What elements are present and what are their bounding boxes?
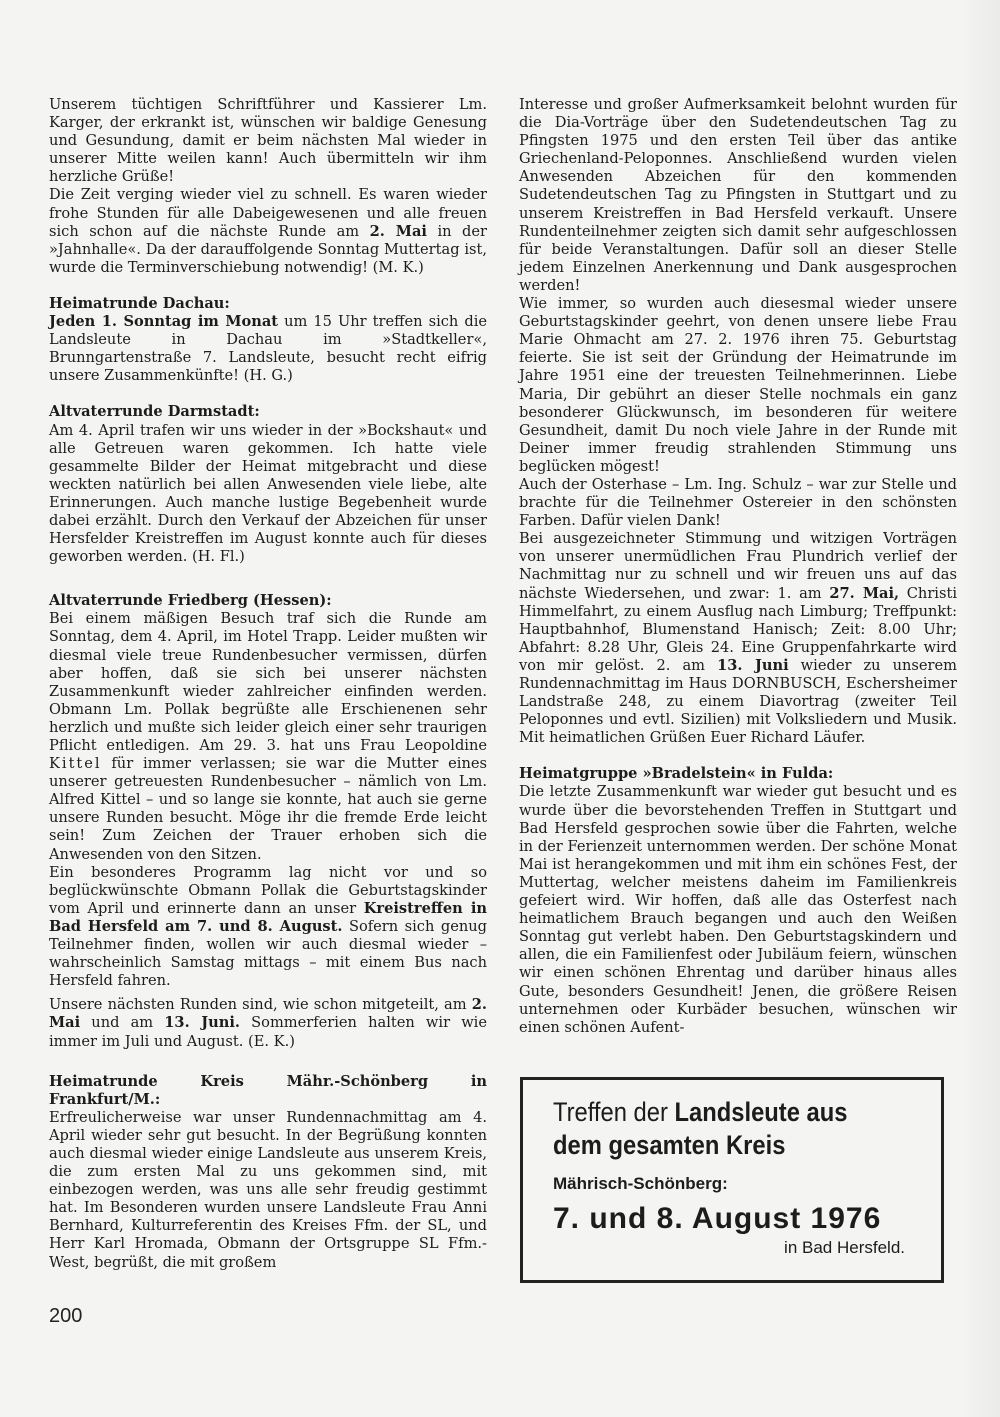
heading-frankfurt: Heimatrunde Kreis Mähr.-Schönberg in Fra…: [49, 1073, 487, 1109]
friedberg-paragraph-3: Unsere nächsten Runden sind, wie schon m…: [49, 996, 487, 1050]
announcement-date: 7. und 8. August 1976: [553, 1202, 941, 1236]
bold-date: 13. Juni.: [164, 1014, 240, 1031]
text-span: Unsere nächsten Runden sind, wie schon m…: [49, 996, 472, 1013]
announcement-district: Mährisch-Schönberg:: [553, 1174, 941, 1194]
text-span: Landsleute aus: [675, 1097, 848, 1127]
frankfurt-cont-paragraph-4: Bei ausgezeichneter Stimmung und witzige…: [519, 530, 957, 747]
right-column: Interesse und großer Aufmerksamkeit belo…: [519, 96, 957, 1037]
heading-fulda: Heimatgruppe »Bradelstein« in Fulda:: [519, 765, 957, 783]
page-number: 200: [49, 1305, 82, 1328]
friedberg-paragraph-2: Ein besonderes Programm lag nicht vor un…: [49, 864, 487, 991]
bold-date: 2. Mai: [370, 223, 427, 240]
intro-section: Unserem tüchtigen Schriftführer und Kass…: [49, 96, 487, 277]
spaced-name: Kittel: [49, 755, 102, 772]
section-darmstadt: Altvaterrunde Darmstadt: Am 4. April tra…: [49, 403, 487, 566]
frankfurt-cont-paragraph-1: Interesse und großer Aufmerksamkeit belo…: [519, 96, 957, 295]
heading-darmstadt: Altvaterrunde Darmstadt:: [49, 403, 487, 421]
section-frankfurt-continued: Interesse und großer Aufmerksamkeit belo…: [519, 96, 957, 747]
section-frankfurt: Heimatrunde Kreis Mähr.-Schönberg in Fra…: [49, 1073, 487, 1272]
fulda-paragraph: Die letzte Zusammenkunft war wieder gut …: [519, 783, 957, 1036]
friedberg-paragraph-1: Bei einem mäßigen Besuch traf sich die R…: [49, 610, 487, 863]
page-edge-shade: [960, 0, 1000, 1417]
text-span: Treffen der: [553, 1097, 675, 1127]
announcement-line-1: Treffen der Landsleute aus: [553, 1096, 894, 1129]
text-span: für immer verlassen; sie war die Mutter …: [49, 755, 487, 862]
section-fulda: Heimatgruppe »Bradelstein« in Fulda: Die…: [519, 765, 957, 1036]
announcement-line-2: dem gesamten Kreis: [553, 1129, 894, 1162]
darmstadt-paragraph: Am 4. April trafen wir uns wieder in der…: [49, 422, 487, 567]
heading-dachau: Heimatrunde Dachau:: [49, 295, 487, 313]
text-span: und am: [80, 1014, 164, 1031]
intro-paragraph-1: Unserem tüchtigen Schriftführer und Kass…: [49, 96, 487, 186]
announcement-box: Treffen der Landsleute aus dem gesamten …: [520, 1077, 944, 1283]
frankfurt-paragraph: Erfreulicherweise war unser Rundennachmi…: [49, 1109, 487, 1272]
text-span: Bei einem mäßigen Besuch traf sich die R…: [49, 610, 487, 754]
frankfurt-cont-paragraph-2: Wie immer, so wurden auch diesesmal wied…: [519, 295, 957, 476]
section-friedberg: Altvaterrunde Friedberg (Hessen): Bei ei…: [49, 592, 487, 1050]
bold-lead: Jeden 1. Sonntag im Monat: [49, 313, 278, 330]
frankfurt-cont-paragraph-3: Auch der Osterhase – Lm. Ing. Schulz – w…: [519, 476, 957, 530]
announcement-location: in Bad Hersfeld.: [553, 1238, 905, 1258]
intro-paragraph-2: Die Zeit verging wieder viel zu schnell.…: [49, 186, 487, 276]
dachau-paragraph: Jeden 1. Sonntag im Monat um 15 Uhr tref…: [49, 313, 487, 385]
section-dachau: Heimatrunde Dachau: Jeden 1. Sonntag im …: [49, 295, 487, 385]
heading-friedberg: Altvaterrunde Friedberg (Hessen):: [49, 592, 487, 610]
left-column: Unserem tüchtigen Schriftführer und Kass…: [49, 96, 487, 1272]
bold-date: 13. Juni: [717, 657, 789, 674]
bold-date: 27. Mai,: [829, 585, 899, 602]
